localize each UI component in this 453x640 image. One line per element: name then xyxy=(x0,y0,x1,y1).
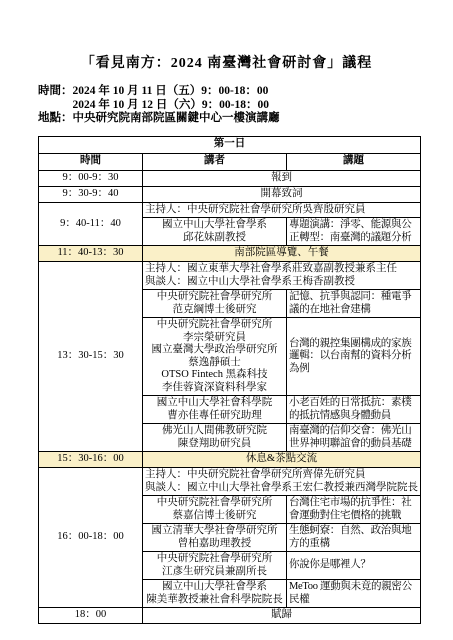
session-1330-moderator-row: 13：30-15：30 主持人：國立東華大學社會學系莊致嘉副教授兼系主任 與談人… xyxy=(39,262,421,290)
document-page: 「看見南方：2024 南臺灣社會研討會」議程 時間：2024 年 10 月 11… xyxy=(0,0,453,640)
location-value: 中央研究院南部院區關鍵中心一樓演講廳 xyxy=(73,112,280,124)
location-label: 地點： xyxy=(38,112,73,124)
event-opening: 開幕致詞 xyxy=(143,186,421,202)
day-header-row: 第一日 xyxy=(39,136,421,153)
topic-keynote: 專題演講：淨零、能源與公正轉型：南臺灣的議題分析 xyxy=(287,218,421,246)
time-1800: 18：00 xyxy=(39,608,143,624)
session-0940-moderator-row: 9：40-11：40 主持人：中央研究院社會學研究所吳齊殷研究員 xyxy=(39,202,421,218)
topic-1600-2: 生態蚵寮：自然、政治與地方的重構 xyxy=(287,524,421,552)
speaker-1600-3: 中央研究院社會學研究所 江彥生研究員兼副所長 xyxy=(143,552,287,580)
topic-1600-4: MeToo 運動與未竟的親密公民權 xyxy=(287,580,421,608)
speaker-1600-4: 國立中山大學社會學系 陳美華教授兼社會科學院院長 xyxy=(143,580,287,608)
event-break: 休息&茶點交流 xyxy=(143,452,421,468)
moderator-0940: 主持人：中央研究院社會學研究所吳齊殷研究員 xyxy=(143,202,421,218)
topic-1330-1: 記憶、抗爭與認同：種電爭議的在地社會建構 xyxy=(287,290,421,318)
row-break: 15：30-16：00 休息&茶點交流 xyxy=(39,452,421,468)
col-header-time: 時間 xyxy=(39,153,143,170)
row-registration: 9：00-9：30 報到 xyxy=(39,170,421,186)
col-header-speaker: 講者 xyxy=(143,153,287,170)
time-label: 時間： xyxy=(38,85,73,97)
agenda-table: 第一日 時間 講者 講題 9：00-9：30 報到 9：30-9：40 開幕致詞… xyxy=(38,136,421,625)
moderator-1600: 主持人：中央研究院社會學研究所齊偉先研究員 與談人：國立中山大學社會學系王宏仁教… xyxy=(143,468,421,496)
speaker-1600-1: 中央研究院社會學研究所 蔡嘉信博士後研究 xyxy=(143,496,287,524)
time-1330: 13：30-15：30 xyxy=(39,262,143,452)
day-title: 第一日 xyxy=(39,136,421,153)
column-header-row: 時間 講者 講題 xyxy=(39,153,421,170)
speaker-1330-4: 佛光山人間佛教研究院 陳登翔助研究員 xyxy=(143,424,287,452)
date-1: 2024 年 10 月 11 日（五）9：00-18：00 xyxy=(73,85,269,97)
col-header-topic: 講題 xyxy=(287,153,421,170)
time-0940: 9：40-11：40 xyxy=(39,202,143,246)
topic-1600-3: 你說你是哪裡人？ xyxy=(287,552,421,580)
session-1600-moderator-row: 16：00-18：00 主持人：中央研究院社會學研究所齊偉先研究員 與談人：國立… xyxy=(39,468,421,496)
topic-1330-4: 南臺灣的信仰交會：佛光山世界神明聯誼會的動員基礎 xyxy=(287,424,421,452)
time-1140: 11：40-13：30 xyxy=(39,246,143,262)
event-registration: 報到 xyxy=(143,170,421,186)
moderator-1330: 主持人：國立東華大學社會學系莊致嘉副教授兼系主任 與談人：國立中山大學社會學系王… xyxy=(143,262,421,290)
row-departure: 18：00 賦歸 xyxy=(39,608,421,624)
time-0930: 9：30-9：40 xyxy=(39,186,143,202)
speaker-1330-1: 中央研究院社會學研究所 范克綱博士後研究 xyxy=(143,290,287,318)
time-0900: 9：00-9：30 xyxy=(39,170,143,186)
time-1530: 15：30-16：00 xyxy=(39,452,143,468)
meta-block: 時間：2024 年 10 月 11 日（五）9：00-18：00 2024 年 … xyxy=(38,85,453,126)
page-title: 「看見南方：2024 南臺灣社會研討會」議程 xyxy=(0,0,453,72)
topic-1330-3: 小老百姓的日常抵抗：素樸的抵抗情感與身體動員 xyxy=(287,396,421,424)
date-2: 2024 年 10 月 12 日（六）9：00-18：00 xyxy=(73,99,269,111)
topic-1600-1: 台灣住宅市場的抗爭性：社會運動對住宅價格的挑戰 xyxy=(287,496,421,524)
meta-location-line: 地點：中央研究院南部院區關鍵中心一樓演講廳 xyxy=(38,112,453,126)
speaker-keynote: 國立中山大學社會學系 邱花妹副教授 xyxy=(143,218,287,246)
event-departure: 賦歸 xyxy=(143,608,421,624)
time-1600: 16：00-18：00 xyxy=(39,468,143,608)
meta-time-line2: 2024 年 10 月 12 日（六）9：00-18：00 xyxy=(38,99,453,113)
speaker-1330-3: 國立中山大學社會科學院 曹亦佳專任研究助理 xyxy=(143,396,287,424)
row-opening: 9：30-9：40 開幕致詞 xyxy=(39,186,421,202)
topic-1330-2: 台灣的親控集團構成的家族邏輯：以台南幫的資料分析為例 xyxy=(287,318,421,396)
speaker-1600-2: 國立清華大學社會學研究所 曾柏嘉助理教授 xyxy=(143,524,287,552)
speaker-1330-2: 中央研究院社會學研究所 李宗榮研究員 國立臺灣大學政治學研究所 蔡逸靜碩士 OT… xyxy=(143,318,287,396)
meta-time-line1: 時間：2024 年 10 月 11 日（五）9：00-18：00 xyxy=(38,85,453,99)
row-tour-lunch: 11：40-13：30 南部院區導覽、午餐 xyxy=(39,246,421,262)
event-tour-lunch: 南部院區導覽、午餐 xyxy=(143,246,421,262)
